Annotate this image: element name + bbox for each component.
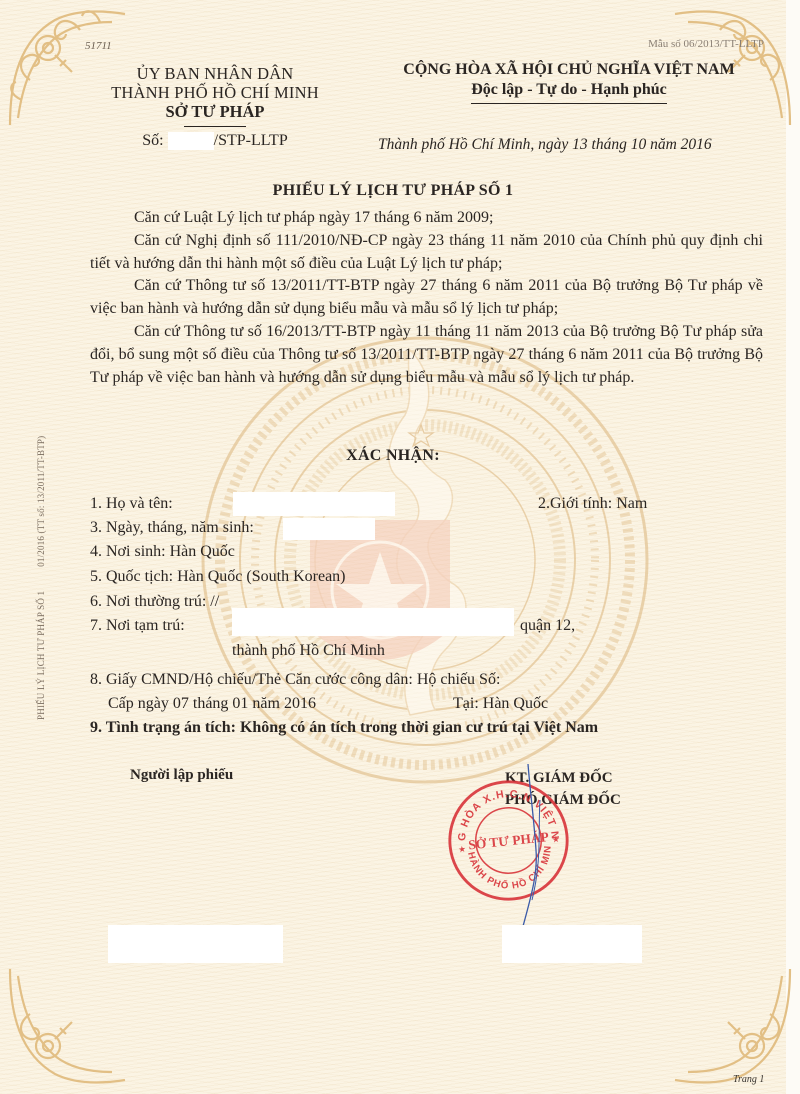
birthplace-field: 4. Nơi sinh: Hàn Quốc xyxy=(90,542,235,562)
side-margin-title: PHIẾU LÝ LỊCH TƯ PHÁP SỐ 1 xyxy=(36,591,46,720)
redacted-director-name xyxy=(502,925,642,963)
legal-basis-item: Căn cứ Thông tư số 13/2011/TT-BTP ngày 2… xyxy=(90,275,763,321)
country-name: CỘNG HÒA XÃ HỘI CHỦ NGHĨA VIỆT NAM xyxy=(380,60,758,80)
nationality-field: 5. Quốc tịch: Hàn Quốc (South Korean) xyxy=(90,567,346,587)
corner-ornament-icon xyxy=(0,964,130,1094)
temporary-residence-label: 7. Nơi tạm trú: xyxy=(90,616,185,636)
confirm-heading: XÁC NHẬN: xyxy=(0,447,786,465)
header-divider xyxy=(184,126,246,127)
criminal-record-status: 9. Tình trạng án tích: Không có án tích … xyxy=(90,718,598,738)
document-number: Số: /STP-LLTP xyxy=(95,131,335,151)
issuer-header: ỦY BAN NHÂN DÂN THÀNH PHỐ HỒ CHÍ MINH SỞ… xyxy=(95,64,335,151)
preparer-label: Người lập phiếu xyxy=(130,767,233,784)
document-title: PHIẾU LÝ LỊCH TƯ PHÁP SỐ 1 xyxy=(0,182,786,200)
issuer-department: SỞ TƯ PHÁP xyxy=(95,102,335,121)
temporary-residence-district: quận 12, xyxy=(520,616,575,636)
id-document-field: 8. Giấy CMND/Hộ chiếu/Thẻ Căn cước công … xyxy=(90,670,500,690)
svg-text:★: ★ xyxy=(458,844,467,855)
serial-number: 51711 xyxy=(85,40,112,52)
national-motto: Độc lập - Tự do - Hạnh phúc xyxy=(471,80,667,104)
legal-basis: Căn cứ Luật Lý lịch tư pháp ngày 17 thán… xyxy=(90,207,763,389)
temporary-residence-city: thành phố Hồ Chí Minh xyxy=(232,641,385,661)
legal-basis-item: Căn cứ Thông tư số 16/2013/TT-BTP ngày 1… xyxy=(90,321,763,389)
form-code: Mẫu số 06/2013/TT-LLTP xyxy=(648,38,764,50)
legal-basis-item: Căn cứ Luật Lý lịch tư pháp ngày 17 thán… xyxy=(90,207,763,230)
date-of-birth-label: 3. Ngày, tháng, năm sinh: xyxy=(90,518,254,538)
issue-place-field: Tại: Hàn Quốc xyxy=(453,694,548,714)
document-number-prefix: Số: xyxy=(142,132,163,149)
scan-margin xyxy=(786,0,800,1094)
place-and-date: Thành phố Hồ Chí Minh, ngày 13 tháng 10 … xyxy=(378,136,712,154)
permanent-residence-field: 6. Nơi thường trú: // xyxy=(90,592,219,612)
redacted-date-of-birth xyxy=(283,518,375,540)
redacted-temporary-address xyxy=(232,608,514,636)
redacted-number xyxy=(168,132,214,150)
redacted-preparer-name xyxy=(108,925,283,963)
full-name-label: 1. Họ và tên: xyxy=(90,494,173,514)
redacted-full-name xyxy=(233,492,395,516)
document-number-suffix: /STP-LLTP xyxy=(214,132,288,149)
legal-basis-item: Căn cứ Nghị định số 111/2010/NĐ-CP ngày … xyxy=(90,230,763,276)
issuer-line-1: ỦY BAN NHÂN DÂN xyxy=(95,64,335,83)
issuer-line-2: THÀNH PHỐ HỒ CHÍ MINH xyxy=(95,83,335,102)
page-number: Trang 1 xyxy=(733,1074,764,1085)
issue-date-field: Cấp ngày 07 tháng 01 năm 2016 xyxy=(108,694,316,714)
national-header: CỘNG HÒA XÃ HỘI CHỦ NGHĨA VIỆT NAM Độc l… xyxy=(380,60,758,104)
side-margin-label: PHIẾU LÝ LỊCH TƯ PHÁP SỐ 101/2016 (TT số… xyxy=(36,436,46,720)
gender-field: 2.Giới tính: Nam xyxy=(538,494,647,514)
